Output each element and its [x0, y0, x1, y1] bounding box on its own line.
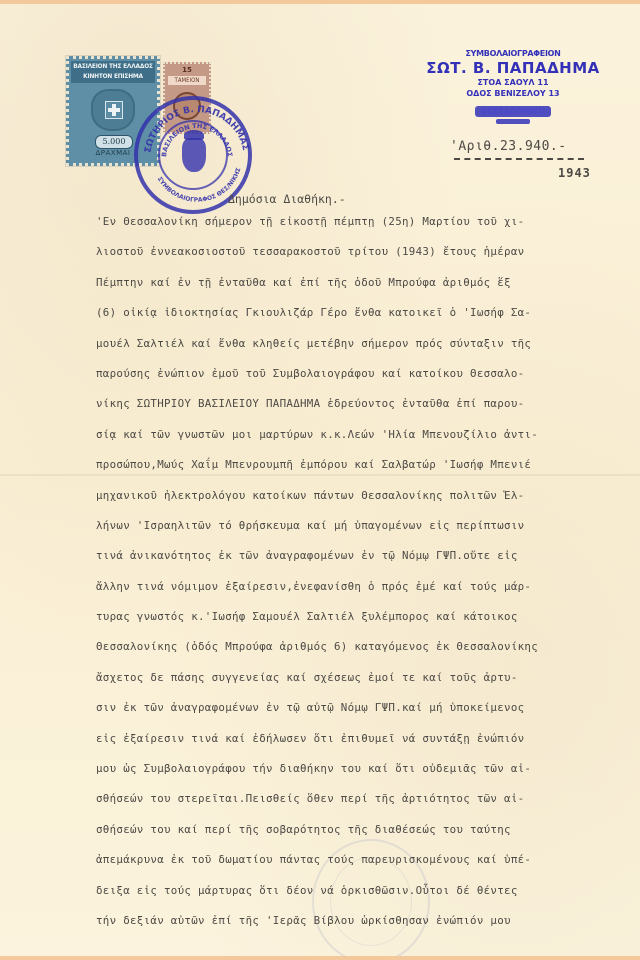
revenue-stamp-header: ΒΑΣΙΛΕΙΟΝ ΤΗΣ ΕΛΛΑΔΟΣ ΚΙΝΗΤΟΝ ΕΠΙΣΗΜΑ: [71, 61, 155, 83]
body-line: σιν ἐκ τῶν ἀναγραφομένων ἐν τῷ αὐτῷ Νόμῳ…: [96, 698, 636, 728]
revenue-stamp-country: ΒΑΣΙΛΕΙΟΝ ΤΗΣ ΕΛΛΑΔΟΣ: [71, 61, 155, 71]
body-line: τυρας γνωστός κ.'Ιωσήφ Σαμουέλ Σαλτιέλ ξ…: [96, 607, 636, 637]
document-body: 'Εν Θεσσαλονίκη σήμερον τῇ εἰκοστῇ πέμπτ…: [96, 212, 636, 941]
office-stamp-city: ΘΕΣΣΑΛΟΝΙΚΗ: [475, 106, 552, 117]
body-line: τινά ἀνικανότητος ἐκ τῶν ἀναγραφομένων ἐ…: [96, 546, 636, 576]
office-stamp-smudge: [496, 119, 530, 124]
body-line: μουέλ Σαλτιέλ καί ἔνθα κληθείς μετέβην σ…: [96, 334, 636, 364]
document-page: ΒΑΣΙΛΕΙΟΝ ΤΗΣ ΕΛΛΑΔΟΣ ΚΙΝΗΤΟΝ ΕΠΙΣΗΜΑ 5.…: [0, 4, 640, 956]
body-line: εἰς ἐξαίρεσιν τινά καί ἐδήλωσεν ὅτι ἐπιθ…: [96, 729, 636, 759]
notary-office-stamp: ΣΥΜΒΟΛΑΙΟΓΡΑΦΕΙΟΝ ΣΩΤ. Β. ΠΑΠΑΔΗΜΑ ΣΤΟΑ …: [408, 48, 618, 124]
body-line: σθήσεών του καί περί τῆς σοβαρότητος τῆς…: [96, 820, 636, 850]
body-line: ἄσχετος δε πάσης συγγενείας καί σχέσεως …: [96, 668, 636, 698]
body-line: παρούσης ἐνώπιον ἐμοῦ τοῦ Συμβολαιογράφο…: [96, 364, 636, 394]
fund-stamp-value: 15: [171, 66, 203, 74]
body-line: τήν δεξιάν αὐτῶν ἐπί τῆς 'Ιερᾶς Βίβλου ὡ…: [96, 911, 636, 941]
reference-underline: [454, 158, 584, 160]
fund-stamp-label: ΤΑΜΕΙΟΝ: [168, 76, 206, 85]
body-line: 'Εν Θεσσαλονίκη σήμερον τῇ εἰκοστῇ πέμπτ…: [96, 212, 636, 242]
body-line: προσώπου,Μωύς Χαΐμ Μπενρουμπῆ ἐμπόρου κα…: [96, 455, 636, 485]
document-title: Δημόσια Διαθήκη.-: [228, 192, 346, 206]
body-line: μου ὡς Συμβολαιογράφου τήν διαθήκην του …: [96, 759, 636, 789]
cross-icon: [105, 101, 123, 119]
body-line: λήνων 'Ισραηλιτῶν τό θρήσκευμα καί μή ὑπ…: [96, 516, 636, 546]
crown-shield-icon: [182, 138, 206, 172]
body-line: μηχανικοῦ ἠλεκτρολόγου κατοίκων πάντων Θ…: [96, 486, 636, 516]
body-line: (6) οἰκίᾳ ἰδιοκτησίας Γκιουλιζάρ Γέρο ἔν…: [96, 303, 636, 333]
body-line: δειξα εἰς τούς μάρτυρας ὅτι δέον νά ὁρκι…: [96, 881, 636, 911]
reference-number: 'Αριθ.23.940.-: [450, 139, 567, 154]
office-stamp-name: ΣΩΤ. Β. ΠΑΠΑΔΗΜΑ: [408, 59, 618, 77]
office-stamp-line-1: ΣΥΜΒΟΛΑΙΟΓΡΑΦΕΙΟΝ: [408, 48, 618, 59]
body-line: σθήσεών του στερεῖται.Πεισθείς ὅθεν περί…: [96, 789, 636, 819]
office-stamp-arcade: ΣΤΟΑ ΣΑΟΥΛ 11: [408, 77, 618, 88]
revenue-stamp-subtitle: ΚΙΝΗΤΟΝ ΕΠΙΣΗΜΑ: [71, 71, 155, 81]
office-stamp-street: ΟΔΟΣ ΒΕΝΙΖΕΛΟΥ 13: [408, 88, 618, 99]
body-line: Θεσσαλονίκης (ὁδός Μπρούφα ἀριθμός 6) κα…: [96, 637, 636, 667]
document-year: 1943: [558, 166, 591, 180]
coat-of-arms-icon: [91, 89, 135, 131]
body-line: λιοστοῦ ἐννεακοσιοστοῦ τεσσαρακοστοῦ τρί…: [96, 242, 636, 272]
body-line: σίᾳ καί τῶν γνωστῶν μοι μαρτύρων κ.κ.Λεώ…: [96, 425, 636, 455]
revenue-stamp-value: 5.000: [95, 135, 133, 149]
body-line: ἀπεμάκρυνα ἐκ τοῦ δωματίου πάντας τούς π…: [96, 850, 636, 880]
body-line: ἄλλην τινά νόμιμον ἐξαίρεσιν,ἐνεφανίσθη …: [96, 577, 636, 607]
body-line: νίκης ΣΩΤΗΡΙΟΥ ΒΑΣΙΛΕΙΟΥ ΠΑΠΑΔΗΜΑ ἑδρεύο…: [96, 394, 636, 424]
body-line: Πέμπτην καί ἐν τῇ ἐνταῦθα καί ἐπί τῆς ὁδ…: [96, 273, 636, 303]
